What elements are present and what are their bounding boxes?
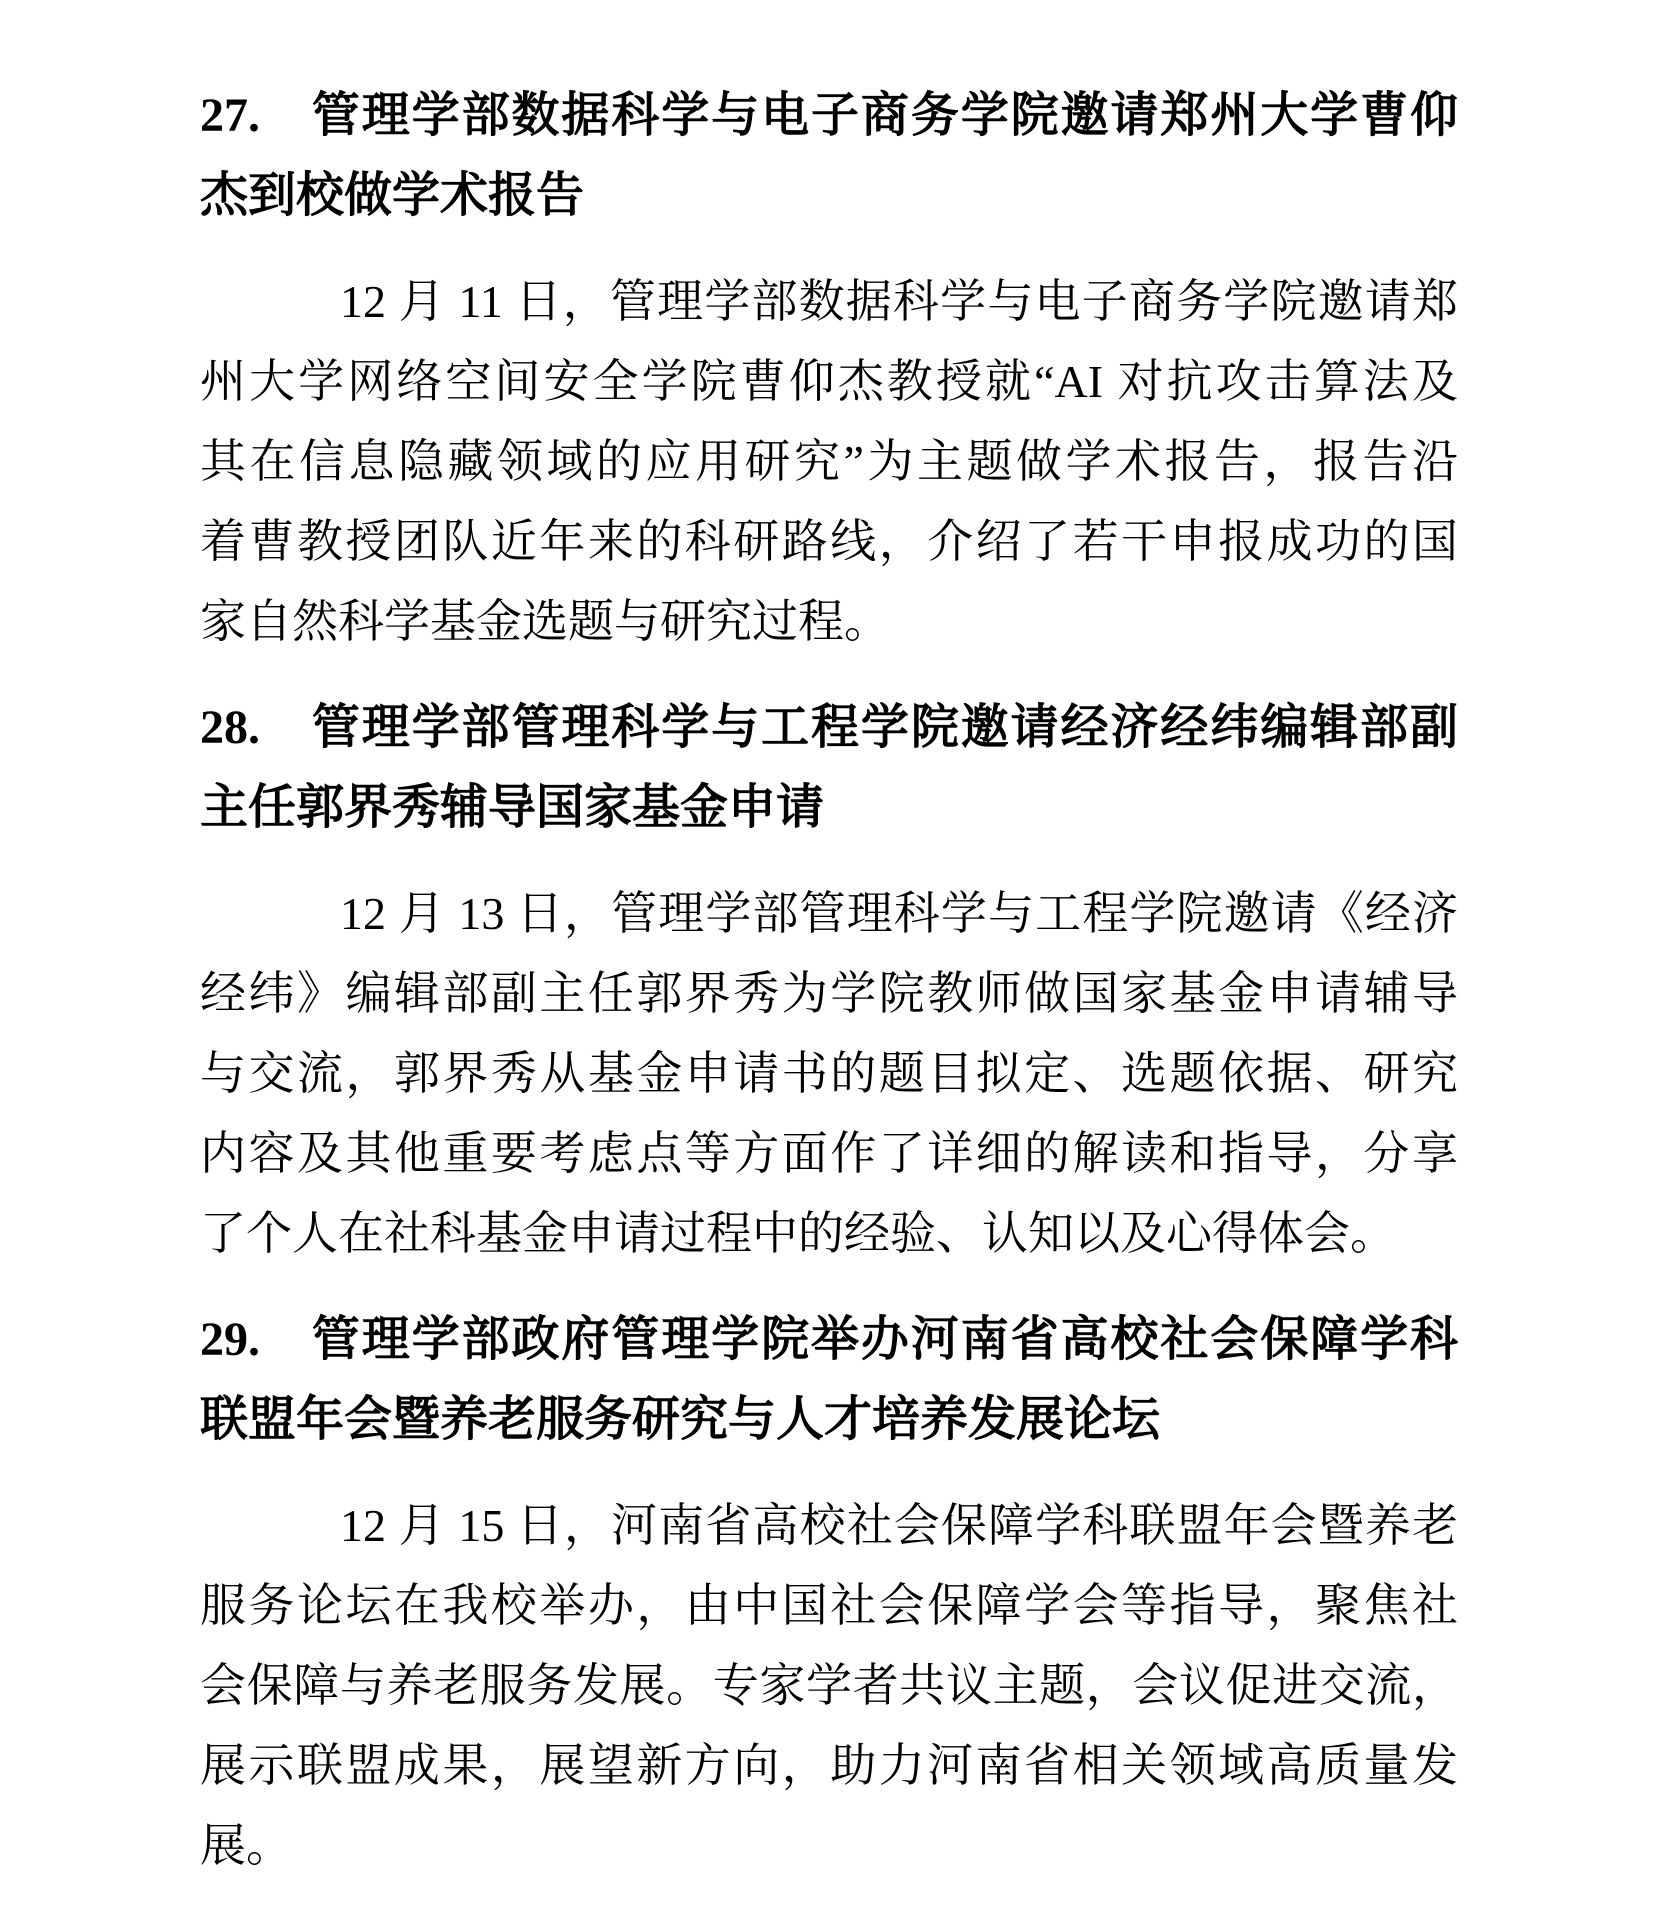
heading-line: 杰到校做学术报告 xyxy=(200,156,1458,236)
paragraph-line: 其在信息隐藏领域的应用研究”为主题做学术报告，报告沿 xyxy=(200,422,1458,502)
paragraph-line: 会保障与养老服务发展。专家学者共议主题，会议促进交流， xyxy=(200,1646,1458,1726)
paragraph-line: 12 月 11 日，管理学部数据科学与电子商务学院邀请郑 xyxy=(200,262,1458,342)
section-27: 27. 管理学部数据科学与电子商务学院邀请郑州大学曹仰 杰到校做学术报告 12 … xyxy=(200,76,1458,662)
paragraph-line: 着曹教授团队近年来的科研路线，介绍了若干申报成功的国 xyxy=(200,502,1458,582)
paragraph-line: 展。 xyxy=(200,1806,1458,1886)
section-27-heading: 27. 管理学部数据科学与电子商务学院邀请郑州大学曹仰 杰到校做学术报告 xyxy=(200,76,1458,236)
paragraph-line: 经纬》编辑部副主任郭界秀为学院教师做国家基金申请辅导 xyxy=(200,954,1458,1034)
section-29-paragraph: 12 月 15 日，河南省高校社会保障学科联盟年会暨养老 服务论坛在我校举办，由… xyxy=(200,1486,1458,1886)
paragraph-line: 家自然科学基金选题与研究过程。 xyxy=(200,582,1458,662)
heading-line: 主任郭界秀辅导国家基金申请 xyxy=(200,768,1458,848)
paragraph-line: 12 月 15 日，河南省高校社会保障学科联盟年会暨养老 xyxy=(200,1486,1458,1566)
document-page: 27. 管理学部数据科学与电子商务学院邀请郑州大学曹仰 杰到校做学术报告 12 … xyxy=(0,0,1654,1927)
paragraph-line: 服务论坛在我校举办，由中国社会保障学会等指导，聚焦社 xyxy=(200,1566,1458,1646)
heading-line: 27. 管理学部数据科学与电子商务学院邀请郑州大学曹仰 xyxy=(200,76,1458,156)
paragraph-line: 内容及其他重要考虑点等方面作了详细的解读和指导，分享 xyxy=(200,1114,1458,1194)
paragraph-line: 州大学网络空间安全学院曹仰杰教授就“AI 对抗攻击算法及 xyxy=(200,342,1458,422)
section-28: 28. 管理学部管理科学与工程学院邀请经济经纬编辑部副 主任郭界秀辅导国家基金申… xyxy=(200,688,1458,1274)
section-27-paragraph: 12 月 11 日，管理学部数据科学与电子商务学院邀请郑 州大学网络空间安全学院… xyxy=(200,262,1458,662)
section-29-heading: 29. 管理学部政府管理学院举办河南省高校社会保障学科 联盟年会暨养老服务研究与… xyxy=(200,1300,1458,1460)
paragraph-line: 了个人在社科基金申请过程中的经验、认知以及心得体会。 xyxy=(200,1194,1458,1274)
document-content: 27. 管理学部数据科学与电子商务学院邀请郑州大学曹仰 杰到校做学术报告 12 … xyxy=(200,76,1458,1886)
section-28-paragraph: 12 月 13 日，管理学部管理科学与工程学院邀请《经济 经纬》编辑部副主任郭界… xyxy=(200,874,1458,1274)
paragraph-line: 12 月 13 日，管理学部管理科学与工程学院邀请《经济 xyxy=(200,874,1458,954)
heading-line: 28. 管理学部管理科学与工程学院邀请经济经纬编辑部副 xyxy=(200,688,1458,768)
section-28-heading: 28. 管理学部管理科学与工程学院邀请经济经纬编辑部副 主任郭界秀辅导国家基金申… xyxy=(200,688,1458,848)
section-29: 29. 管理学部政府管理学院举办河南省高校社会保障学科 联盟年会暨养老服务研究与… xyxy=(200,1300,1458,1886)
paragraph-line: 展示联盟成果，展望新方向，助力河南省相关领域高质量发 xyxy=(200,1726,1458,1806)
paragraph-line: 与交流，郭界秀从基金申请书的题目拟定、选题依据、研究 xyxy=(200,1034,1458,1114)
heading-line: 联盟年会暨养老服务研究与人才培养发展论坛 xyxy=(200,1380,1458,1460)
heading-line: 29. 管理学部政府管理学院举办河南省高校社会保障学科 xyxy=(200,1300,1458,1380)
